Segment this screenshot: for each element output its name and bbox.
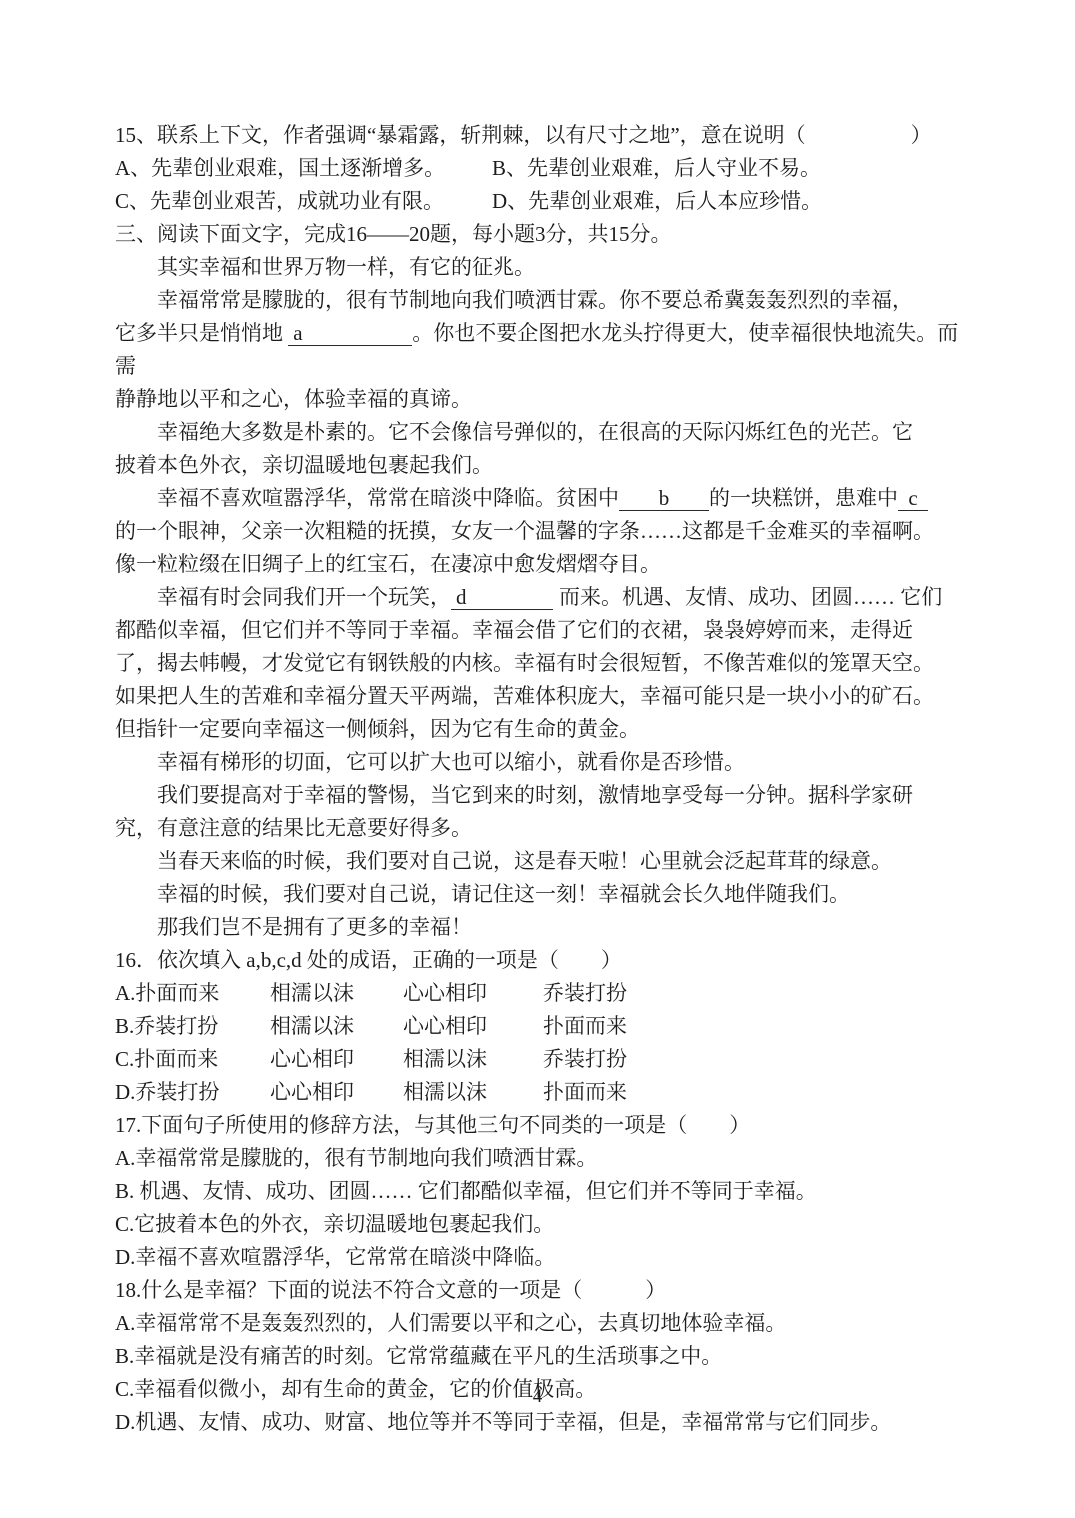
passage-line: 披着本色外衣，亲切温暖地包裹起我们。 <box>115 449 965 482</box>
q17-option-d: D.幸福不喜欢喧嚣浮华，它常常在暗淡中降临。 <box>115 1241 965 1274</box>
passage-line: 究，有意注意的结果比无意要好得多。 <box>115 812 965 845</box>
q16-idiom: 心心相印 <box>403 1010 543 1043</box>
passage-line-blank-a: 它多半只是悄悄地 a。你也不要企图把水龙头拧得更大，使幸福很快地流失。而需 <box>115 317 965 383</box>
q16-option-row-b: B.乔装打扮 相濡以沫 心心相印 扑面而来 <box>115 1010 965 1043</box>
q17-option-a: A.幸福常常是朦胧的，很有节制地向我们喷洒甘霖。 <box>115 1142 965 1175</box>
q16-stem: 16．依次填入 a,b,c,d 处的成语，正确的一项是（ ） <box>115 944 965 977</box>
fill-blank-b: b <box>619 486 709 511</box>
q16-idiom: 心心相印 <box>403 977 543 1010</box>
fill-blank-d: d <box>451 585 553 610</box>
q16-idiom: 乔装打扮 <box>543 977 965 1010</box>
q16-option-label: A. <box>115 981 135 1005</box>
passage-line: 幸福常常是朦胧的，很有节制地向我们喷洒甘霖。你不要总希冀轰轰烈烈的幸福， <box>115 284 965 317</box>
fill-blank-c: c <box>898 486 928 511</box>
exam-page: 15、联系上下文，作者强调“暴霜露，斩荆棘，以有尺寸之地”，意在说明（ ） A、… <box>0 0 1075 1518</box>
page-number: 4 <box>0 1385 1075 1409</box>
passage-line: 幸福的时候，我们要对自己说，请记住这一刻！幸福就会长久地伴随我们。 <box>115 878 965 911</box>
q18-stem: 18.什么是幸福？下面的说法不符合文意的一项是（ ） <box>115 1274 965 1307</box>
passage-line: 但指针一定要向幸福这一侧倾斜，因为它有生命的黄金。 <box>115 713 965 746</box>
q16-idiom: 扑面而来 <box>135 981 219 1005</box>
q17-option-c: C.它披着本色的外衣，亲切温暖地包裹起我们。 <box>115 1208 965 1241</box>
q18-option-a: A.幸福常常不是轰轰烈烈的，人们需要以平和之心，去真切地体验幸福。 <box>115 1307 965 1340</box>
passage-line: 其实幸福和世界万物一样，有它的征兆。 <box>115 251 965 284</box>
q16-idiom: 乔装打扮 <box>543 1043 965 1076</box>
fill-blank-a: a <box>288 321 412 346</box>
passage-line: 幸福有梯形的切面，它可以扩大也可以缩小，就看你是否珍惜。 <box>115 746 965 779</box>
q17-stem: 17.下面句子所使用的修辞方法，与其他三句不同类的一项是（ ） <box>115 1109 965 1142</box>
passage-line: 了，揭去帏幔，才发觉它有钢铁般的内核。幸福有时会很短暂，不像苦难似的笼罩天空。 <box>115 647 965 680</box>
q16-idiom: 相濡以沫 <box>403 1076 543 1109</box>
q16-cell: D.乔装打扮 <box>115 1076 270 1109</box>
q16-option-label: D. <box>115 1080 135 1104</box>
q16-option-row-a: A.扑面而来 相濡以沫 心心相印 乔装打扮 <box>115 977 965 1010</box>
q15-options-row-cd: C、先辈创业艰苦，成就功业有限。 D、先辈创业艰难，后人本应珍惜。 <box>115 185 965 218</box>
passage-line-blank-d: 幸福有时会同我们开一个玩笑，d而来。机遇、友情、成功、团圆…… 它们 <box>115 581 965 614</box>
exam-body: 15、联系上下文，作者强调“暴霜露，斩荆棘，以有尺寸之地”，意在说明（ ） A、… <box>115 119 965 1439</box>
q16-option-row-d: D.乔装打扮 心心相印 相濡以沫 扑面而来 <box>115 1076 965 1109</box>
q16-idiom: 相濡以沫 <box>270 977 403 1010</box>
q16-idiom: 心心相印 <box>270 1043 403 1076</box>
q18-option-b: B.幸福就是没有痛苦的时刻。它常常蕴藏在平凡的生活琐事之中。 <box>115 1340 965 1373</box>
passage-line: 那我们岂不是拥有了更多的幸福！ <box>115 911 965 944</box>
passage-line: 像一粒粒缀在旧绸子上的红宝石，在凄凉中愈发熠熠夺目。 <box>115 548 965 581</box>
q16-option-label: B. <box>115 1014 134 1038</box>
q16-cell: A.扑面而来 <box>115 977 270 1010</box>
passage-text: 的一块糕饼，患难中 <box>709 486 898 510</box>
passage-line: 静静地以平和之心，体验幸福的真谛。 <box>115 383 965 416</box>
q15-stem: 15、联系上下文，作者强调“暴霜露，斩荆棘，以有尺寸之地”，意在说明（ ） <box>115 119 965 152</box>
q15-option-c: C、先辈创业艰苦，成就功业有限。 <box>115 185 492 218</box>
q16-idiom: 相濡以沫 <box>270 1010 403 1043</box>
q16-cell: C.扑面而来 <box>115 1043 270 1076</box>
passage-text: 幸福有时会同我们开一个玩笑， <box>157 585 451 609</box>
passage-text: 幸福不喜欢喧嚣浮华，常常在暗淡中降临。贫困中 <box>157 486 619 510</box>
q17-option-b: B. 机遇、友情、成功、团圆…… 它们都酷似幸福，但它们并不等同于幸福。 <box>115 1175 965 1208</box>
q15-options-row-ab: A、先辈创业艰难，国土逐渐增多。 B、先辈创业艰难，后人守业不易。 <box>115 152 965 185</box>
q16-idiom: 扑面而来 <box>134 1047 218 1071</box>
passage-line: 的一个眼神，父亲一次粗糙的抚摸，女友一个温馨的字条……这都是千金难买的幸福啊。 <box>115 515 965 548</box>
q15-option-a: A、先辈创业艰难，国土逐渐增多。 <box>115 152 492 185</box>
passage-line: 都酷似幸福，但它们并不等同于幸福。幸福会借了它们的衣裙，袅袅婷婷而来，走得近 <box>115 614 965 647</box>
section3-header: 三、阅读下面文字，完成16——20题，每小题3分，共15分。 <box>115 218 965 251</box>
q16-idiom: 相濡以沫 <box>403 1043 543 1076</box>
q16-cell: B.乔装打扮 <box>115 1010 270 1043</box>
q16-idiom: 乔装打扮 <box>134 1014 218 1038</box>
q16-idiom: 扑面而来 <box>543 1010 965 1043</box>
q16-option-row-c: C.扑面而来 心心相印 相濡以沫 乔装打扮 <box>115 1043 965 1076</box>
passage-line-blank-bc: 幸福不喜欢喧嚣浮华，常常在暗淡中降临。贫困中b的一块糕饼，患难中c <box>115 482 965 515</box>
passage-line: 幸福绝大多数是朴素的。它不会像信号弹似的，在很高的天际闪烁红色的光芒。它 <box>115 416 965 449</box>
q15-option-b: B、先辈创业艰难，后人守业不易。 <box>492 152 821 185</box>
q16-idiom: 乔装打扮 <box>135 1080 219 1104</box>
passage-line: 当春天来临的时候，我们要对自己说，这是春天啦！心里就会泛起茸茸的绿意。 <box>115 845 965 878</box>
q18-option-d: D.机遇、友情、成功、财富、地位等并不等同于幸福，但是，幸福常常与它们同步。 <box>115 1406 965 1439</box>
passage-line: 如果把人生的苦难和幸福分置天平两端，苦难体积庞大，幸福可能只是一块小小的矿石。 <box>115 680 965 713</box>
q16-idiom: 心心相印 <box>270 1076 403 1109</box>
passage-text: 它多半只是悄悄地 <box>115 321 288 345</box>
q16-option-label: C. <box>115 1047 134 1071</box>
passage-text: 而来。机遇、友情、成功、团圆…… 它们 <box>559 585 942 609</box>
q16-idiom: 扑面而来 <box>543 1076 965 1109</box>
q15-option-d: D、先辈创业艰难，后人本应珍惜。 <box>492 185 822 218</box>
passage-line: 我们要提高对于幸福的警惕，当它到来的时刻，激情地享受每一分钟。据科学家研 <box>115 779 965 812</box>
